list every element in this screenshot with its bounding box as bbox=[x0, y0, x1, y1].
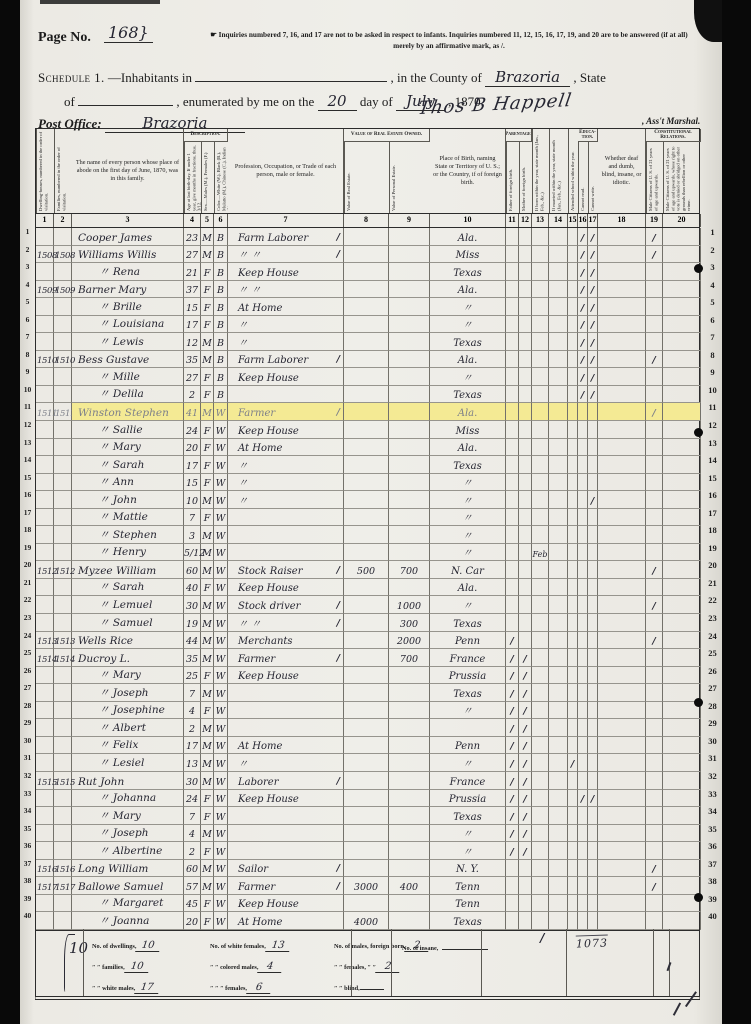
cell-r11-c8 bbox=[344, 403, 389, 421]
cell-r20-c19: / bbox=[646, 561, 663, 579]
cell-r40-c1 bbox=[36, 912, 54, 930]
cell-r27-c14 bbox=[549, 684, 568, 702]
cell-r33-c7: Keep House bbox=[228, 790, 344, 808]
column-number-5: 5 bbox=[201, 214, 214, 227]
column-heading-16: Cannot read. bbox=[578, 142, 588, 213]
cell-r12-c7: Keep House bbox=[228, 421, 344, 439]
cell-r22-c7: Stock driver/ bbox=[228, 596, 344, 614]
cell-r4-c6: B bbox=[214, 281, 228, 299]
row-numbers-right: 1234567891011121314151617181920212223242… bbox=[704, 227, 721, 929]
scan-blot bbox=[694, 698, 703, 707]
footer-stat-6: ″ ″ white males,17 bbox=[92, 977, 204, 995]
cell-text bbox=[54, 823, 55, 824]
cell-r17-c3: 〃 Mattie bbox=[72, 509, 184, 527]
row-number-right-10: 10 bbox=[704, 385, 721, 403]
cell-r4-c17: / bbox=[588, 281, 598, 299]
cell-r14-c16 bbox=[578, 456, 588, 474]
cell-text: / bbox=[523, 812, 526, 824]
cell-r26-c16 bbox=[578, 667, 588, 685]
column-number-15: 15 bbox=[568, 214, 578, 227]
group-heading-parentage: Parentage. bbox=[506, 129, 532, 142]
cell-r3-c17: / bbox=[588, 263, 598, 281]
cell-text: 2000 bbox=[397, 636, 421, 648]
cell-r32-c3: Rut John bbox=[72, 772, 184, 790]
cell-text: M bbox=[202, 829, 212, 841]
cell-r14-c11 bbox=[506, 456, 519, 474]
cell-r22-c2 bbox=[54, 596, 72, 614]
cell-r32-c13 bbox=[532, 772, 549, 790]
cell-r5-c18 bbox=[598, 298, 646, 316]
cell-r3-c11 bbox=[506, 263, 519, 281]
cell-r16-c10: 〃 bbox=[430, 491, 506, 509]
row-number-left-7: 7 bbox=[21, 332, 34, 350]
cell-text: / bbox=[591, 250, 594, 262]
cell-r1-c8 bbox=[344, 228, 389, 246]
column-number-4: 4 bbox=[184, 214, 201, 227]
cell-r36-c11: / bbox=[506, 842, 519, 860]
cell-r3-c5: F bbox=[201, 263, 214, 281]
cell-text: / bbox=[591, 303, 594, 315]
cell-text bbox=[36, 717, 37, 718]
cell-text: 〃 bbox=[463, 527, 473, 543]
cell-r38-c16 bbox=[578, 877, 588, 895]
cell-r16-c17: / bbox=[588, 491, 598, 509]
cell-text bbox=[228, 401, 238, 402]
cell-text: M bbox=[202, 864, 212, 876]
cell-text: F bbox=[204, 390, 211, 402]
cell-r4-c10: Ala. bbox=[430, 281, 506, 299]
row-number-right-32: 32 bbox=[704, 771, 721, 789]
cell-r11-c10: Ala. bbox=[430, 403, 506, 421]
cell-r34-c18 bbox=[598, 807, 646, 825]
row-number-left-20: 20 bbox=[21, 560, 34, 578]
cell-r36-c13 bbox=[532, 842, 549, 860]
cell-text: W bbox=[216, 759, 226, 771]
cell-text: W bbox=[216, 496, 226, 508]
cell-r6-c10: 〃 bbox=[430, 316, 506, 334]
cell-r27-c19 bbox=[646, 684, 663, 702]
cell-text: 〃 Samuel bbox=[72, 615, 153, 631]
cell-r9-c1 bbox=[36, 368, 54, 386]
cell-text: F bbox=[204, 917, 211, 929]
cell-r39-c10: Tenn bbox=[430, 895, 506, 913]
cell-text bbox=[228, 542, 238, 543]
cell-r1-c19: / bbox=[646, 228, 663, 246]
cell-r32-c9 bbox=[389, 772, 430, 790]
cell-text bbox=[36, 244, 37, 245]
cell-r18-c16 bbox=[578, 526, 588, 544]
footer-total-handwritten: 1073 bbox=[576, 934, 609, 950]
cell-r13-c3: 〃 Mary bbox=[72, 439, 184, 457]
footer-stat-value bbox=[360, 989, 384, 990]
cell-text: / bbox=[510, 636, 513, 648]
cell-r25-c3: Ducroy L. bbox=[72, 649, 184, 667]
cell-r30-c10: Penn bbox=[430, 737, 506, 755]
cell-r35-c20 bbox=[663, 825, 701, 843]
cell-r20-c4: 60 bbox=[184, 561, 201, 579]
cell-r11-c3: Winston Stephen bbox=[72, 403, 184, 421]
cell-r21-c17 bbox=[588, 579, 598, 597]
cell-r1-c9 bbox=[389, 228, 430, 246]
cell-r4-c2: 1509 bbox=[54, 281, 72, 299]
day-value: 20 bbox=[318, 92, 357, 111]
cell-r39-c19 bbox=[646, 895, 663, 913]
cell-r14-c13 bbox=[532, 456, 549, 474]
cell-r17-c16 bbox=[578, 509, 588, 527]
cell-r38-c3: Ballowe Samuel bbox=[72, 877, 184, 895]
cell-r22-c13 bbox=[532, 596, 549, 614]
cell-text: 〃 John bbox=[72, 492, 137, 508]
cell-r6-c20 bbox=[663, 316, 701, 334]
cell-text: 〃 bbox=[463, 544, 473, 560]
cell-r5-c6: B bbox=[214, 298, 228, 316]
cell-text: 〃 Albert bbox=[72, 720, 146, 736]
footer-stat-0: No. of dwellings,10 bbox=[92, 935, 204, 953]
cell-r12-c4: 24 bbox=[184, 421, 201, 439]
cell-text bbox=[228, 524, 238, 525]
cell-r19-c11 bbox=[506, 544, 519, 562]
cell-r36-c20 bbox=[663, 842, 701, 860]
cell-text bbox=[36, 559, 37, 560]
cell-r3-c8 bbox=[344, 263, 389, 281]
cell-r21-c5: F bbox=[201, 579, 214, 597]
cell-text: F bbox=[204, 583, 211, 595]
occupation-tick: / bbox=[337, 407, 340, 418]
cell-r38-c10: Tenn bbox=[430, 877, 506, 895]
cell-r9-c4: 27 bbox=[184, 368, 201, 386]
cell-r34-c7 bbox=[228, 807, 344, 825]
inhabitants-blank-line bbox=[195, 71, 387, 82]
cell-r15-c19 bbox=[646, 474, 663, 492]
cell-r13-c4: 20 bbox=[184, 439, 201, 457]
cell-r33-c12: / bbox=[519, 790, 532, 808]
cell-r2-c15 bbox=[568, 246, 578, 264]
cell-r25-c7: Farmer/ bbox=[228, 649, 344, 667]
inquiries-note-line1: ☛ Inquiries numbered 7, 16, and 17 are n… bbox=[210, 30, 687, 39]
cell-text: 7 bbox=[189, 689, 195, 701]
column-heading-11: Father of foreign birth. bbox=[506, 142, 519, 213]
cell-r1-c12 bbox=[519, 228, 532, 246]
cell-text: / bbox=[591, 320, 594, 332]
cell-r35-c18 bbox=[598, 825, 646, 843]
scan-edge-right bbox=[722, 0, 751, 1024]
cell-text: Keep House bbox=[228, 373, 299, 385]
cell-text: Texas bbox=[453, 689, 482, 701]
cell-r30-c8 bbox=[344, 737, 389, 755]
scan-edge-left bbox=[0, 0, 20, 1024]
cell-r2-c10: Miss bbox=[430, 246, 506, 264]
cell-r4-c12 bbox=[519, 281, 532, 299]
cell-r7-c6: B bbox=[214, 333, 228, 351]
cell-r28-c13 bbox=[532, 702, 549, 720]
cell-r10-c13 bbox=[532, 386, 549, 404]
census-page-paper: Page No. 168} ☛ Inquiries numbered 7, 16… bbox=[20, 0, 722, 1024]
row-number-right-21: 21 bbox=[704, 578, 721, 596]
cell-r32-c20 bbox=[663, 772, 701, 790]
cell-r33-c9 bbox=[389, 790, 430, 808]
column-heading-14: If married within the year, state month … bbox=[549, 129, 568, 213]
cell-text: W bbox=[216, 829, 226, 841]
cell-r25-c9: 700 bbox=[389, 649, 430, 667]
cell-r37-c19: / bbox=[646, 860, 663, 878]
row-number-right-13: 13 bbox=[704, 438, 721, 456]
cell-text: Stock driver bbox=[228, 601, 300, 613]
cell-r4-c4: 37 bbox=[184, 281, 201, 299]
cell-r13-c8 bbox=[344, 439, 389, 457]
cell-r23-c3: 〃 Samuel bbox=[72, 614, 184, 632]
footer-divider bbox=[391, 929, 392, 996]
cell-r37-c11 bbox=[506, 860, 519, 878]
cell-text: W bbox=[216, 741, 226, 753]
cell-text: W bbox=[216, 794, 226, 806]
cell-r21-c20 bbox=[663, 579, 701, 597]
cell-text: / bbox=[510, 829, 513, 841]
cell-r14-c6: W bbox=[214, 456, 228, 474]
row-number-right-17: 17 bbox=[704, 508, 721, 526]
cell-r17-c20 bbox=[663, 509, 701, 527]
cell-text: W bbox=[216, 478, 226, 490]
cell-r40-c5: F bbox=[201, 912, 214, 930]
cell-text: 3000 bbox=[354, 882, 378, 894]
cell-r2-c4: 27 bbox=[184, 246, 201, 264]
row-number-left-25: 25 bbox=[21, 648, 34, 666]
cell-text: Tenn bbox=[455, 899, 480, 911]
cell-text: W bbox=[216, 408, 226, 420]
cell-text: / bbox=[652, 250, 655, 262]
cell-r17-c14 bbox=[549, 509, 568, 527]
cell-text: 〃 〃 bbox=[228, 246, 261, 262]
cell-text: M bbox=[202, 496, 212, 508]
cell-r5-c19 bbox=[646, 298, 663, 316]
cell-text: 〃 Mary bbox=[72, 439, 141, 455]
cell-r17-c17 bbox=[588, 509, 598, 527]
cell-text: / bbox=[510, 741, 513, 753]
cell-r22-c10: 〃 bbox=[430, 596, 506, 614]
cell-r30-c14 bbox=[549, 737, 568, 755]
cell-r26-c20 bbox=[663, 667, 701, 685]
cell-text: Ala. bbox=[458, 583, 478, 595]
cell-r21-c14 bbox=[549, 579, 568, 597]
cell-text bbox=[36, 331, 37, 332]
cell-r34-c16 bbox=[578, 807, 588, 825]
cell-r22-c11 bbox=[506, 596, 519, 614]
cell-r37-c20 bbox=[663, 860, 701, 878]
cell-r39-c2 bbox=[54, 895, 72, 913]
cell-text: Penn bbox=[455, 636, 480, 648]
cell-r27-c12: / bbox=[519, 684, 532, 702]
cell-r14-c14 bbox=[549, 456, 568, 474]
cell-text: Ala. bbox=[458, 355, 478, 367]
cell-r5-c13 bbox=[532, 298, 549, 316]
cell-r6-c17: / bbox=[588, 316, 598, 334]
footer-tick-mark: / bbox=[540, 931, 544, 945]
row-number-right-24: 24 bbox=[704, 631, 721, 649]
cell-text: F bbox=[204, 513, 211, 525]
cell-r3-c15 bbox=[568, 263, 578, 281]
cell-r40-c13 bbox=[532, 912, 549, 930]
cell-r8-c18 bbox=[598, 351, 646, 369]
cell-text bbox=[36, 279, 37, 280]
cell-r28-c16 bbox=[578, 702, 588, 720]
cell-r3-c19 bbox=[646, 263, 663, 281]
cell-r28-c18 bbox=[598, 702, 646, 720]
group-heading-value_owned: Value of Real Estate Owned. bbox=[344, 129, 430, 142]
row-number-left-17: 17 bbox=[21, 508, 34, 526]
cell-r10-c15 bbox=[568, 386, 578, 404]
cell-r4-c16: / bbox=[578, 281, 588, 299]
row-number-right-34: 34 bbox=[704, 806, 721, 824]
cell-r28-c10: 〃 bbox=[430, 702, 506, 720]
footer-stat-7: ″ ″ ″ females,6 bbox=[210, 977, 328, 995]
cell-text bbox=[54, 401, 55, 402]
cell-text bbox=[228, 823, 238, 824]
cell-text bbox=[54, 682, 55, 683]
cell-r9-c11 bbox=[506, 368, 519, 386]
cell-r19-c3: 〃 Henry bbox=[72, 544, 184, 562]
cell-r15-c17 bbox=[588, 474, 598, 492]
cell-text: Texas bbox=[453, 268, 482, 280]
row-numbers-left: 1234567891011121314151617181920212223242… bbox=[21, 227, 34, 929]
row-number-right-5: 5 bbox=[704, 297, 721, 315]
cell-r4-c19 bbox=[646, 281, 663, 299]
cell-r14-c7: 〃 bbox=[228, 456, 344, 474]
cell-r38-c5: M bbox=[201, 877, 214, 895]
cell-r40-c12 bbox=[519, 912, 532, 930]
cell-r9-c16: / bbox=[578, 368, 588, 386]
cell-r18-c19 bbox=[646, 526, 663, 544]
cell-r12-c11 bbox=[506, 421, 519, 439]
cell-r20-c17 bbox=[588, 561, 598, 579]
cell-text bbox=[36, 524, 37, 525]
cell-text bbox=[54, 542, 55, 543]
cell-r29-c5: M bbox=[201, 719, 214, 737]
row-number-left-18: 18 bbox=[21, 525, 34, 543]
census-scan-page: { "page": { "page_no_label": "Page No.",… bbox=[0, 0, 751, 1024]
cell-r15-c4: 15 bbox=[184, 474, 201, 492]
row-number-right-7: 7 bbox=[704, 332, 721, 350]
cell-r21-c18 bbox=[598, 579, 646, 597]
cell-text: M bbox=[202, 619, 212, 631]
cell-text: Farm Laborer bbox=[228, 355, 308, 367]
cell-text: B bbox=[217, 373, 224, 385]
cell-r8-c7: Farm Laborer/ bbox=[228, 351, 344, 369]
cell-text: / bbox=[652, 864, 655, 876]
cell-text: 〃 Stephen bbox=[72, 527, 157, 543]
cell-r13-c14 bbox=[549, 439, 568, 457]
cell-r31-c10: 〃 bbox=[430, 754, 506, 772]
cell-r20-c13 bbox=[532, 561, 549, 579]
cell-r30-c9 bbox=[389, 737, 430, 755]
cell-r20-c11 bbox=[506, 561, 519, 579]
cell-r34-c17 bbox=[588, 807, 598, 825]
cell-r36-c5: F bbox=[201, 842, 214, 860]
cell-r4-c5: F bbox=[201, 281, 214, 299]
cell-r13-c10: Ala. bbox=[430, 439, 506, 457]
cell-r1-c20 bbox=[663, 228, 701, 246]
cell-text bbox=[36, 910, 37, 911]
cell-text: F bbox=[204, 268, 211, 280]
cell-text: France bbox=[450, 777, 486, 789]
cell-r10-c17: / bbox=[588, 386, 598, 404]
cell-r8-c10: Ala. bbox=[430, 351, 506, 369]
cell-r7-c8 bbox=[344, 333, 389, 351]
cell-r33-c18 bbox=[598, 790, 646, 808]
cell-r16-c16 bbox=[578, 491, 588, 509]
cell-r11-c17 bbox=[588, 403, 598, 421]
cell-r23-c15 bbox=[568, 614, 578, 632]
cell-text bbox=[36, 401, 37, 402]
cell-text: W bbox=[216, 443, 226, 455]
cell-r16-c4: 10 bbox=[184, 491, 201, 509]
cell-r30-c1 bbox=[36, 737, 54, 755]
cell-text: M bbox=[202, 636, 212, 648]
cell-text: F bbox=[204, 794, 211, 806]
cell-r20-c8: 500 bbox=[344, 561, 389, 579]
cell-r38-c7: Farmer/ bbox=[228, 877, 344, 895]
cell-r31-c18 bbox=[598, 754, 646, 772]
cell-r34-c9 bbox=[389, 807, 430, 825]
cell-r29-c11: / bbox=[506, 719, 519, 737]
cell-r20-c9: 700 bbox=[389, 561, 430, 579]
cell-r37-c18 bbox=[598, 860, 646, 878]
cell-r7-c2 bbox=[54, 333, 72, 351]
cell-r14-c17 bbox=[588, 456, 598, 474]
cell-r39-c5: F bbox=[201, 895, 214, 913]
cell-r33-c19 bbox=[646, 790, 663, 808]
cell-text bbox=[54, 472, 55, 473]
cell-text: 13 bbox=[186, 759, 198, 771]
cell-r8-c11 bbox=[506, 351, 519, 369]
cell-r29-c13 bbox=[532, 719, 549, 737]
cell-text: Texas bbox=[453, 619, 482, 631]
cell-r9-c15 bbox=[568, 368, 578, 386]
cell-r37-c16 bbox=[578, 860, 588, 878]
cell-text: Ala. bbox=[458, 408, 478, 420]
cell-text: / bbox=[652, 882, 655, 894]
cell-r6-c14 bbox=[549, 316, 568, 334]
cell-text: 〃 bbox=[228, 334, 248, 350]
column-heading-7: Profession, Occupation, or Trade of each… bbox=[228, 129, 344, 213]
cell-r35-c4: 4 bbox=[184, 825, 201, 843]
cell-r5-c3: 〃 Brille bbox=[72, 298, 184, 316]
cell-text: 2 bbox=[189, 390, 195, 402]
cell-text: 〃 bbox=[463, 509, 473, 525]
cell-text: / bbox=[581, 794, 584, 806]
cell-r17-c7 bbox=[228, 509, 344, 527]
column-number-8: 8 bbox=[344, 214, 389, 227]
cell-r9-c20 bbox=[663, 368, 701, 386]
cell-r10-c18 bbox=[598, 386, 646, 404]
cell-r26-c17 bbox=[588, 667, 598, 685]
cell-r6-c9 bbox=[389, 316, 430, 334]
cell-r10-c2 bbox=[54, 386, 72, 404]
cell-r17-c18 bbox=[598, 509, 646, 527]
cell-r15-c2 bbox=[54, 474, 72, 492]
cell-r12-c3: 〃 Sallie bbox=[72, 421, 184, 439]
cell-r34-c2 bbox=[54, 807, 72, 825]
cell-r24-c3: Wells Rice bbox=[72, 632, 184, 650]
cell-text: M bbox=[202, 233, 212, 245]
cell-r28-c7 bbox=[228, 702, 344, 720]
cell-r10-c10: Texas bbox=[430, 386, 506, 404]
cell-r29-c19 bbox=[646, 719, 663, 737]
cell-text: Penn bbox=[455, 741, 480, 753]
cell-r11-c15 bbox=[568, 403, 578, 421]
cell-r35-c11: / bbox=[506, 825, 519, 843]
cell-r36-c8 bbox=[344, 842, 389, 860]
enumerated-label: , enumerated by me on the bbox=[176, 94, 314, 109]
cell-r13-c15 bbox=[568, 439, 578, 457]
